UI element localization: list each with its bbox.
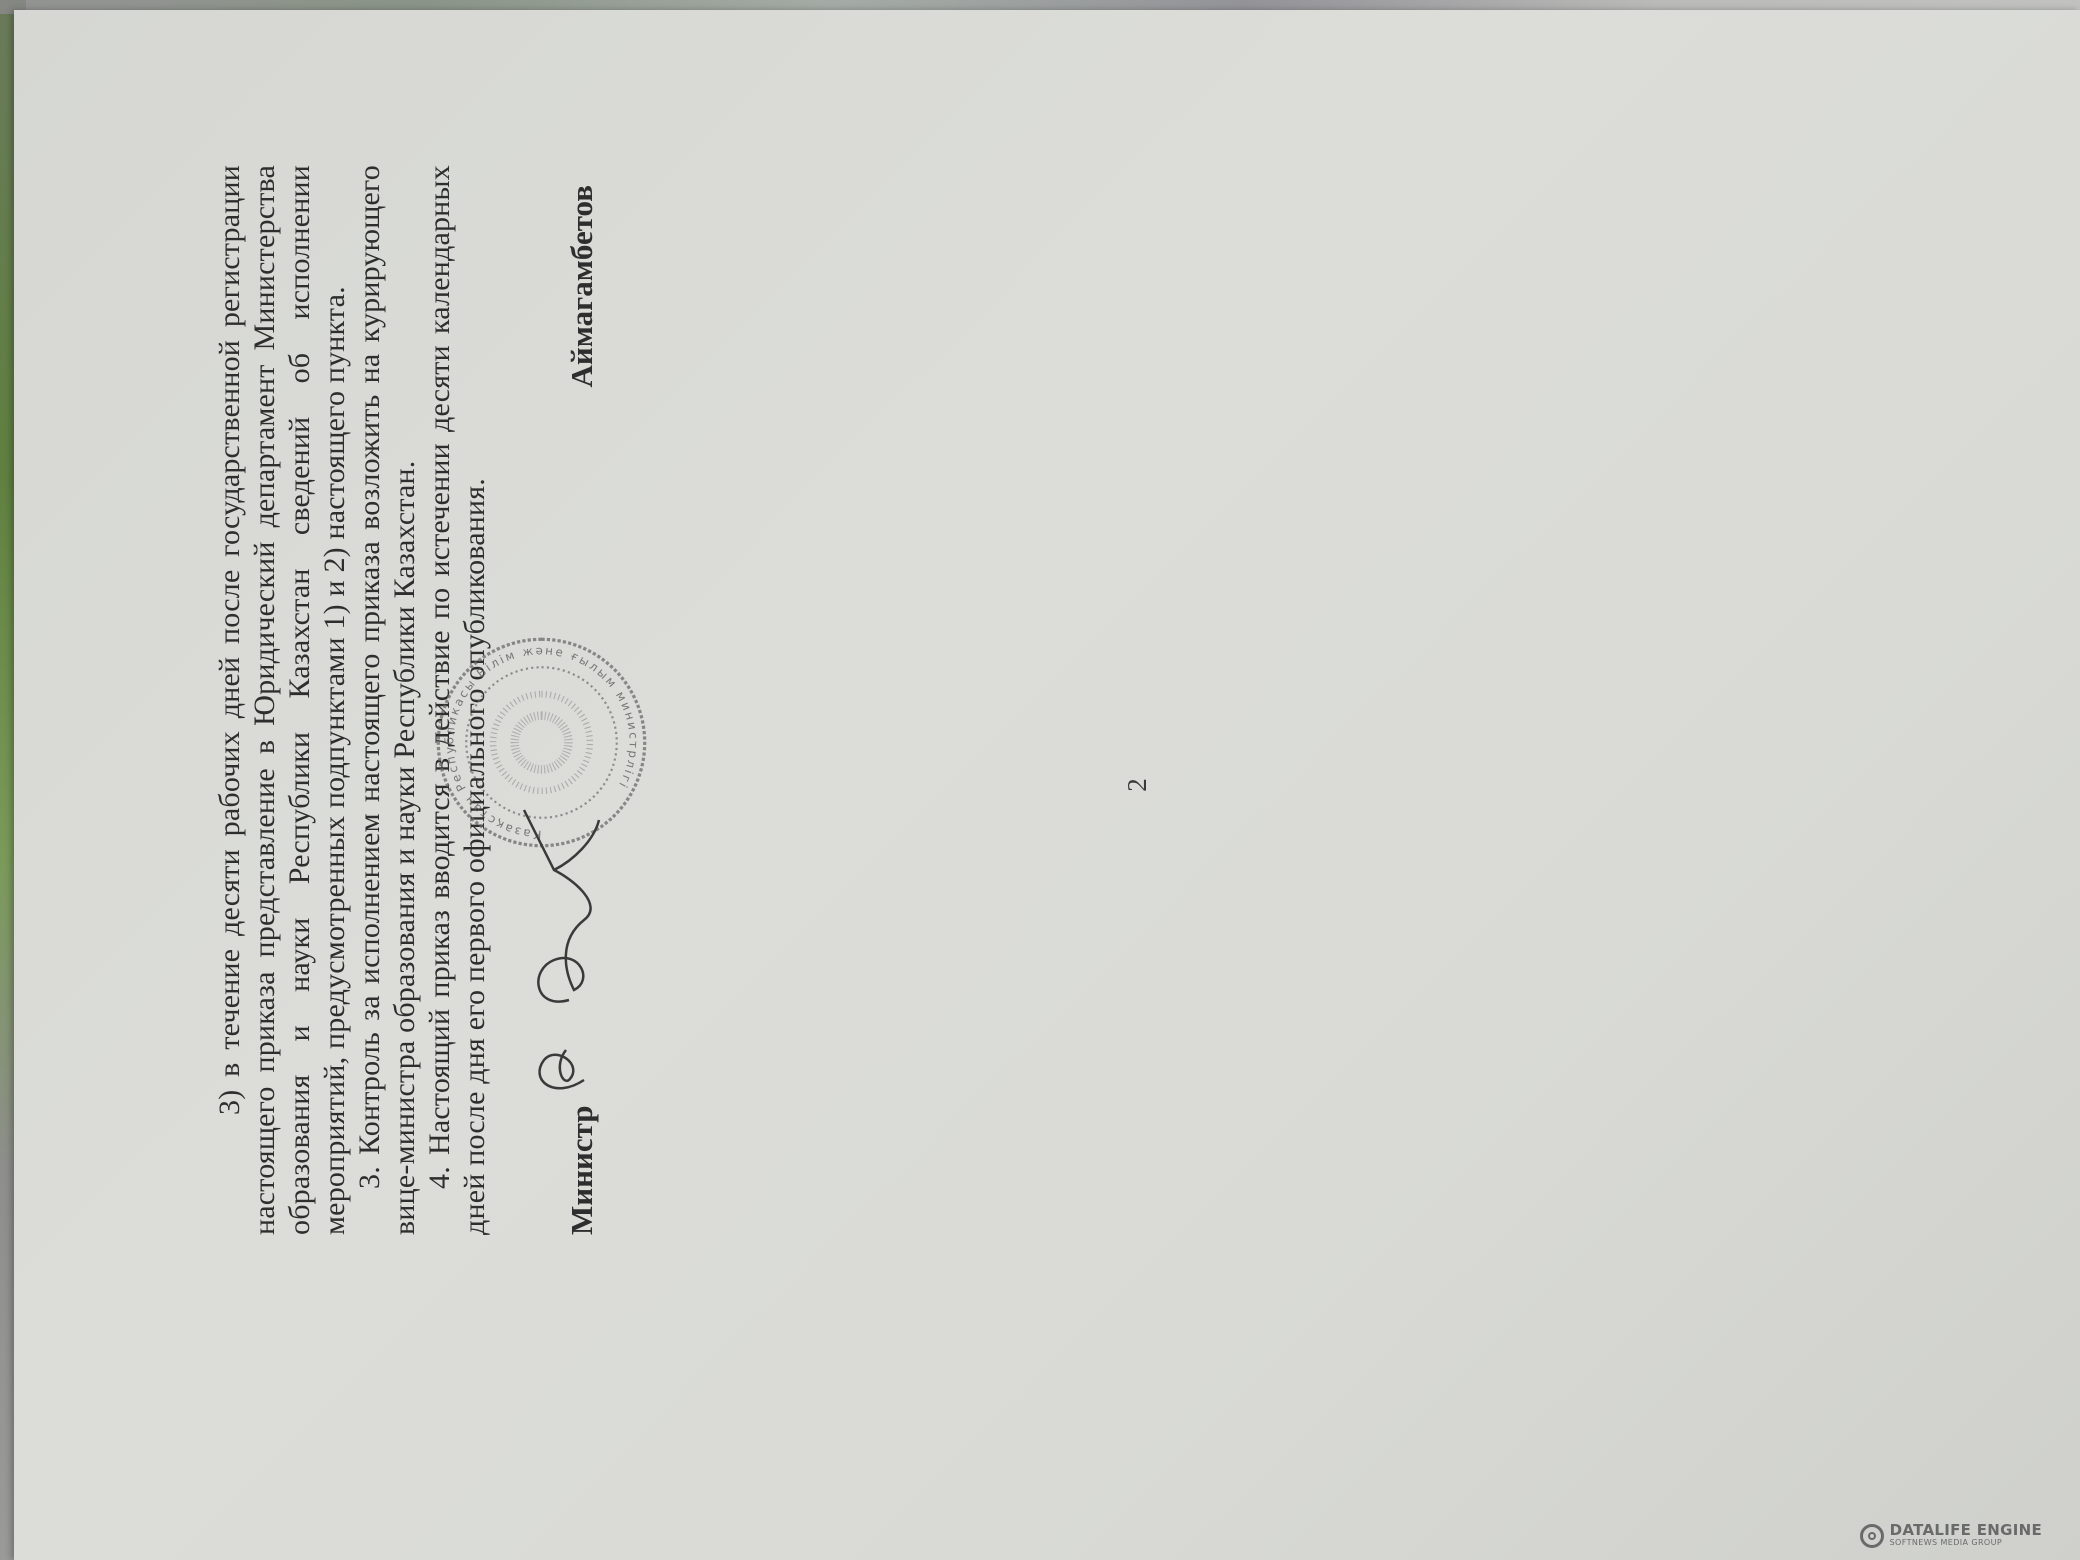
- paragraph-subitem-3: 3) в течение десяти рабочих дней после г…: [212, 165, 352, 1235]
- page-number: 2: [1122, 10, 1153, 1560]
- rotated-document-page: 2 3) в течение десяти рабочих дней после…: [14, 10, 2080, 1560]
- paragraph-item-3: 3. Контроль за исполнением настоящего пр…: [352, 165, 422, 1235]
- datalife-logo-icon: [1860, 1524, 1884, 1548]
- watermark-title: DATALIFE ENGINE: [1890, 1523, 2042, 1538]
- paper-sheet: 2 3) в течение десяти рабочих дней после…: [14, 10, 2080, 1560]
- watermark-subtitle: SOFTNEWS MEDIA GROUP: [1890, 1538, 2042, 1548]
- watermark: DATALIFE ENGINE SOFTNEWS MEDIA GROUP: [1860, 1523, 2042, 1548]
- signatory-title: Министр: [564, 1106, 600, 1235]
- signatory-name: Аймагамбетов: [564, 185, 600, 387]
- signature-block: Министр Аймагамбетов: [564, 185, 614, 1235]
